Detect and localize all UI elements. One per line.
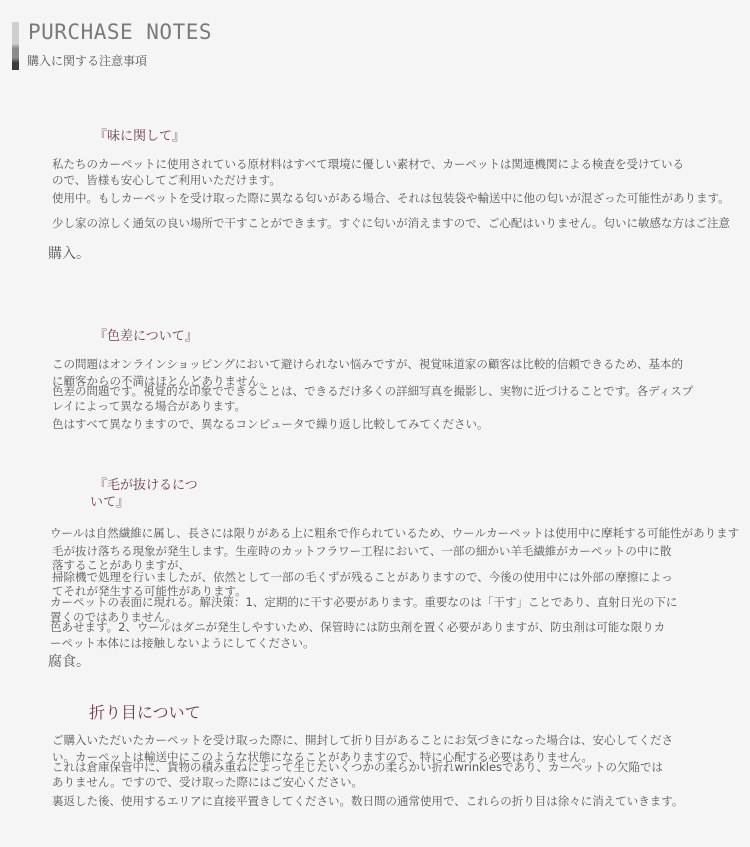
paragraph-line: ウールは自然繊維に属し、長さには限りがある上に粗糸で作られているため、ウールカー… bbox=[50, 526, 739, 541]
paragraph-line: 私たちのカーペットに使用されている原材料はすべて環境に優しい素材で、カーペットは… bbox=[52, 157, 684, 172]
paragraph-line: 使用中。もしカーペットを受け取った際に異なる匂いがある場合、それは包装袋や輸送中… bbox=[52, 191, 730, 206]
section-title-creases: 折り目について bbox=[89, 700, 201, 723]
paragraph-line: ご購入いただいたカーペットを受け取った際に、開封して折り目があることにお気づきに… bbox=[52, 733, 673, 748]
section-title-shedding-cont: いて』 bbox=[90, 491, 129, 510]
paragraph-line: カーペットの表面に現れる。解決策：1、定期的に干す必要があります。重要なのは「干… bbox=[50, 595, 677, 610]
paragraph-line: ありません。ですので、受け取った際にはご安心ください。 bbox=[52, 775, 363, 790]
paragraph-line: この問題はオンラインショッピングにおいて避けられない悩みですが、視覚味道家の顧客… bbox=[52, 357, 683, 372]
paragraph-line: ーペット本体には接触しないようにしてください。 bbox=[50, 636, 315, 651]
paragraph-line: これは倉庫保管中に、貨物の積み重ねによって生じたいくつかの柔らかい折れwrink… bbox=[52, 760, 663, 775]
paragraph-line: 毛が抜け落ちる現象が発生します。生産時のカットフラワー工程において、一部の細かい… bbox=[52, 544, 671, 559]
page-title: PURCHASE NOTES bbox=[28, 20, 212, 44]
header-accent-bar bbox=[12, 22, 19, 70]
paragraph-line: 裏返した後、使用するエリアに直接平置きしてください。数日間の通常使用で、これらの… bbox=[52, 794, 683, 809]
page-subtitle: 購入に関する注意事項 bbox=[27, 52, 147, 69]
paragraph-line: レイによって異なる場合があります。 bbox=[52, 399, 246, 414]
section-title-color-difference: 『色差について』 bbox=[94, 325, 198, 344]
paragraph-line: 色あせます。2、ウールはダニが発生しやすいため、保管時には防虫剤を置く必要があり… bbox=[50, 620, 665, 635]
section-title-smell: 『味に関して』 bbox=[94, 125, 185, 144]
paragraph-tail: 購入。 bbox=[48, 243, 90, 263]
paragraph-line: ので、皆様も安心してご利用いただけます。 bbox=[52, 173, 281, 188]
paragraph-line: 色差の問題です。視覚的な印象でできることは、できるだけ多くの詳細写真を撮影し、実… bbox=[52, 384, 693, 399]
paragraph-tail: 腐食。 bbox=[48, 651, 90, 671]
paragraph-line: 掃除機で処理を行いましたが、依然として一部の毛くずが残ることがありますので、今後… bbox=[52, 570, 673, 585]
paragraph-line: 色はすべて異なりますので、異なるコンピュータで繰り返し比較してみてください。 bbox=[52, 417, 489, 432]
paragraph-line: 少し家の涼しく通気の良い場所で干すことができます。すぐに匂いが消えますので、ご心… bbox=[52, 216, 730, 231]
